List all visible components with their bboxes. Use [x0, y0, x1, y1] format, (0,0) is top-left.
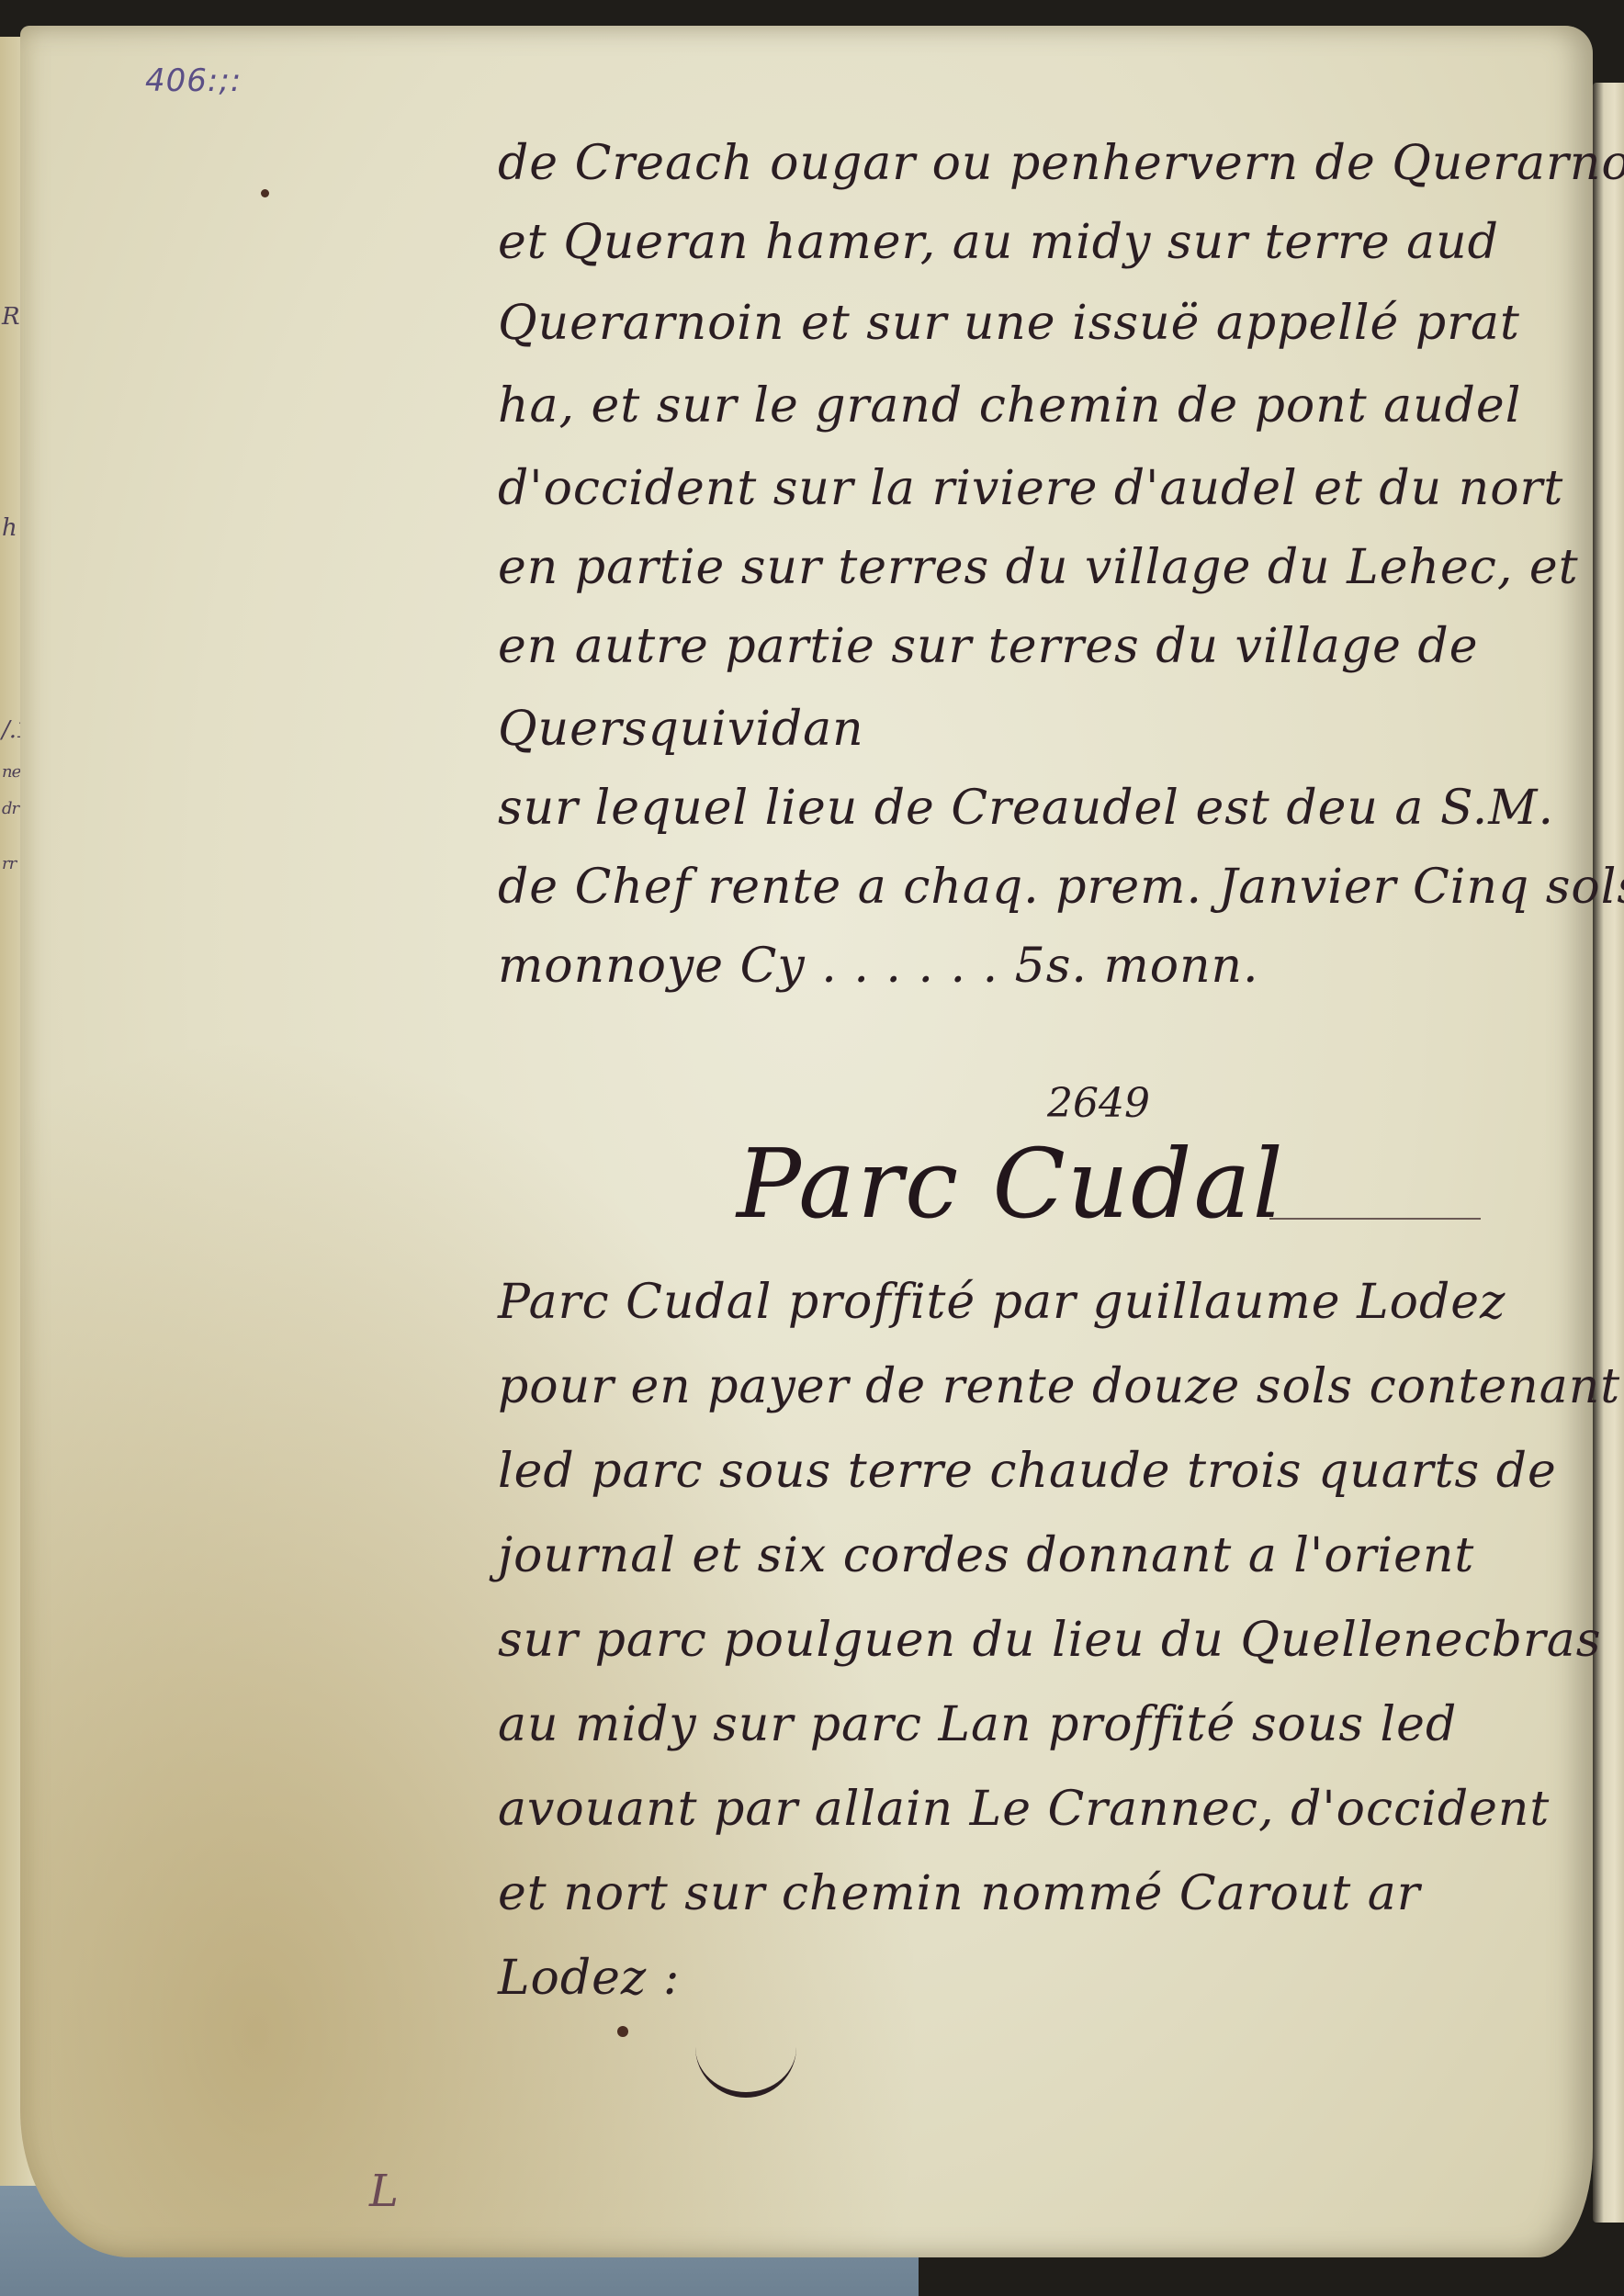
margin-fragment: h: [2, 514, 17, 542]
margin-fragment: ne: [2, 762, 20, 782]
next-page-edge: [1593, 83, 1624, 2223]
text-line: de Creach ougar ou penhervern de Querarn…: [498, 136, 1624, 191]
text-line: d'occident sur la riviere d'audel et du …: [498, 461, 1563, 516]
text-line: au midy sur parc Lan proffité sous led: [498, 1697, 1457, 1752]
text-line: pour en payer de rente douze sols conten…: [498, 1359, 1620, 1414]
text-line: sur parc poulguen du lieu du Quellenecbr…: [498, 1613, 1601, 1668]
text-line: de Chef rente a chaq. prem. Janvier Cinq…: [498, 860, 1624, 915]
text-line: en partie sur terres du village du Lehec…: [498, 540, 1579, 595]
closing-flourish: [695, 2046, 796, 2098]
text-line: Parc Cudal proffité par guillaume Lodez: [498, 1275, 1506, 1330]
text-line: led parc sous terre chaude trois quarts …: [498, 1444, 1557, 1499]
text-line: Querarnoin et sur une issuë appellé prat: [498, 296, 1520, 351]
text-line: et Queran hamer, au midy sur terre aud: [498, 215, 1499, 270]
text-line: en autre partie sur terres du village de: [498, 619, 1478, 674]
text-line: Quersquividan: [498, 702, 864, 757]
manuscript-page: 406:;: de Creach ougar ou penhervern de …: [20, 26, 1593, 2257]
text-line: ha, et sur le grand chemin de pont audel: [498, 378, 1521, 433]
bottom-margin-mark: L: [369, 2166, 399, 2217]
ink-spot: [617, 2026, 628, 2037]
margin-fragment: R: [2, 303, 19, 331]
text-line: avouant par allain Le Crannec, d'occiden…: [498, 1782, 1550, 1837]
folio-marks: :;:: [208, 62, 242, 99]
margin-fragment: rr: [2, 854, 16, 873]
ink-spot: [261, 189, 269, 197]
text-line: Lodez :: [498, 1951, 680, 2006]
text-line: journal et six cordes donnant a l'orient: [498, 1528, 1474, 1583]
folio-number-value: 406: [145, 62, 208, 99]
title-underline: [1269, 1218, 1481, 1220]
margin-fragment: dr: [2, 799, 18, 818]
text-line: et nort sur chemin nommé Carout ar: [498, 1866, 1421, 1921]
entry-number: 2649: [1047, 1080, 1150, 1127]
rent-amount-line: monnoye Cy . . . . . . 5s. monn.: [498, 939, 1259, 994]
folio-number: 406:;:: [145, 62, 242, 99]
text-line: sur lequel lieu de Creaudel est deu a S.…: [498, 781, 1554, 836]
entry-title: Parc Cudal: [737, 1128, 1285, 1240]
